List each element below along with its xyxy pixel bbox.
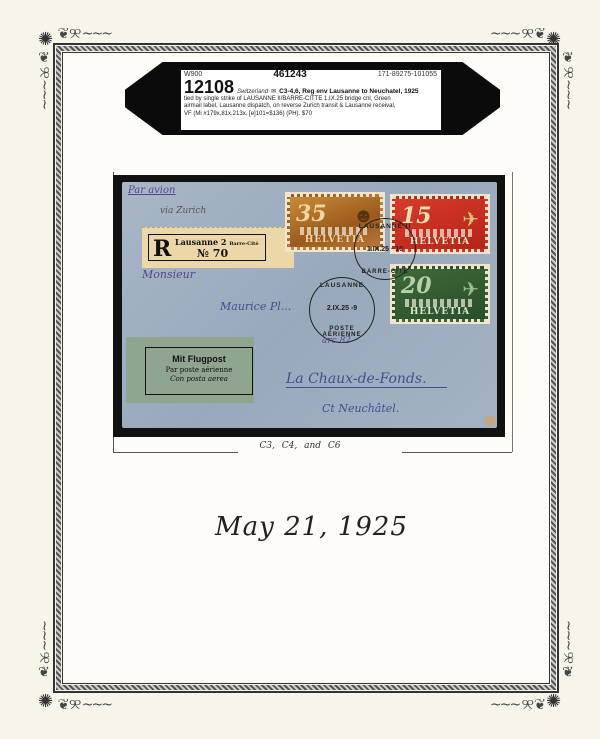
airmail-label: Mit Flugpost Par poste aérienne Con post… [126,337,254,403]
lot-id: 461243 [273,71,306,79]
registration-letter: R [153,236,171,262]
address-name: Maurice Pl... [220,300,291,313]
corner-flourish-icon: ~~~ ୨୧ ❦ [490,697,543,713]
reference-number: 171-89275-101055 [378,71,437,79]
address-city: La Chaux-de-Fonds. [286,371,447,388]
address-canton: Ct Neuchâtel. [322,402,399,415]
postmark-lausanne-airmail: LAUSANNE 2.IX.25 -9 POSTE AÉRIENNE [309,277,375,343]
mount-edge [402,452,512,453]
routing-par-avion: Par avion [128,185,175,196]
mount-edge [512,172,513,452]
corner-flourish-icon: ~~~ ୨୧ ❦ [36,620,52,678]
corner-flourish-icon: ~~~ ୨୧ ❦ [560,620,576,678]
corner-flourish-icon: ❦ ୨୧ ~~~ [58,697,111,713]
description-line: VF (Mi #179x,81x,213x, [e]101=$136) (PH)… [184,111,438,118]
airmail-label-box: Mit Flugpost Par poste aérienne Con post… [145,347,253,395]
airmail-cover-icon: ✉ [271,88,276,96]
registration-office: Lausanne 2 Barre-Cité [175,237,259,247]
corner-rosette-icon: ✺ [546,30,561,48]
corner-rosette-icon: ✺ [546,692,561,710]
country: Switzerland [237,88,268,96]
description-line: airmail label, Lausanne dispatch, on rev… [184,103,438,110]
lot-number: 12108 [184,79,234,96]
handwritten-date: May 21, 1925 [215,512,408,542]
registration-box: R Lausanne 2 Barre-Cité № 70 [148,234,266,261]
postmark-lausanne-barre: LAUSANNE II 1.IX.25 · 10 BARRE-CITÉ [354,218,416,280]
lot-description: tied by single strike of LAUSANNE II/BAR… [181,96,441,118]
mount-edge [113,452,238,453]
catalog-caption: C3, C4, and C6 [0,441,600,451]
lot-label: W900 461243 171-89275-101055 12108 Switz… [181,70,441,130]
corner-flourish-icon: ❦ ୨୧ ~~~ [36,50,52,108]
address-note: arc 82 [322,336,351,346]
corner-flourish-icon: ❦ ୨୧ ~~~ [560,50,576,108]
corner-rosette-icon: ✺ [38,692,53,710]
registration-number: № 70 [197,247,228,260]
corner-flourish-icon: ~~~ ୨୧ ❦ [490,26,543,42]
address-salutation: Monsieur [142,268,195,281]
registration-label: R Lausanne 2 Barre-Cité № 70 [142,227,294,268]
envelope-stain [484,415,496,427]
corner-flourish-icon: ❦ ୨୧ ~~~ [58,26,111,42]
lot-title: C3-4,6, Reg env Lausanne to Neuchatel, 1… [279,88,418,96]
corner-rosette-icon: ✺ [38,30,53,48]
routing-via: via Zurich [160,206,206,216]
description-line: tied by single strike of LAUSANNE II/BAR… [184,96,438,103]
